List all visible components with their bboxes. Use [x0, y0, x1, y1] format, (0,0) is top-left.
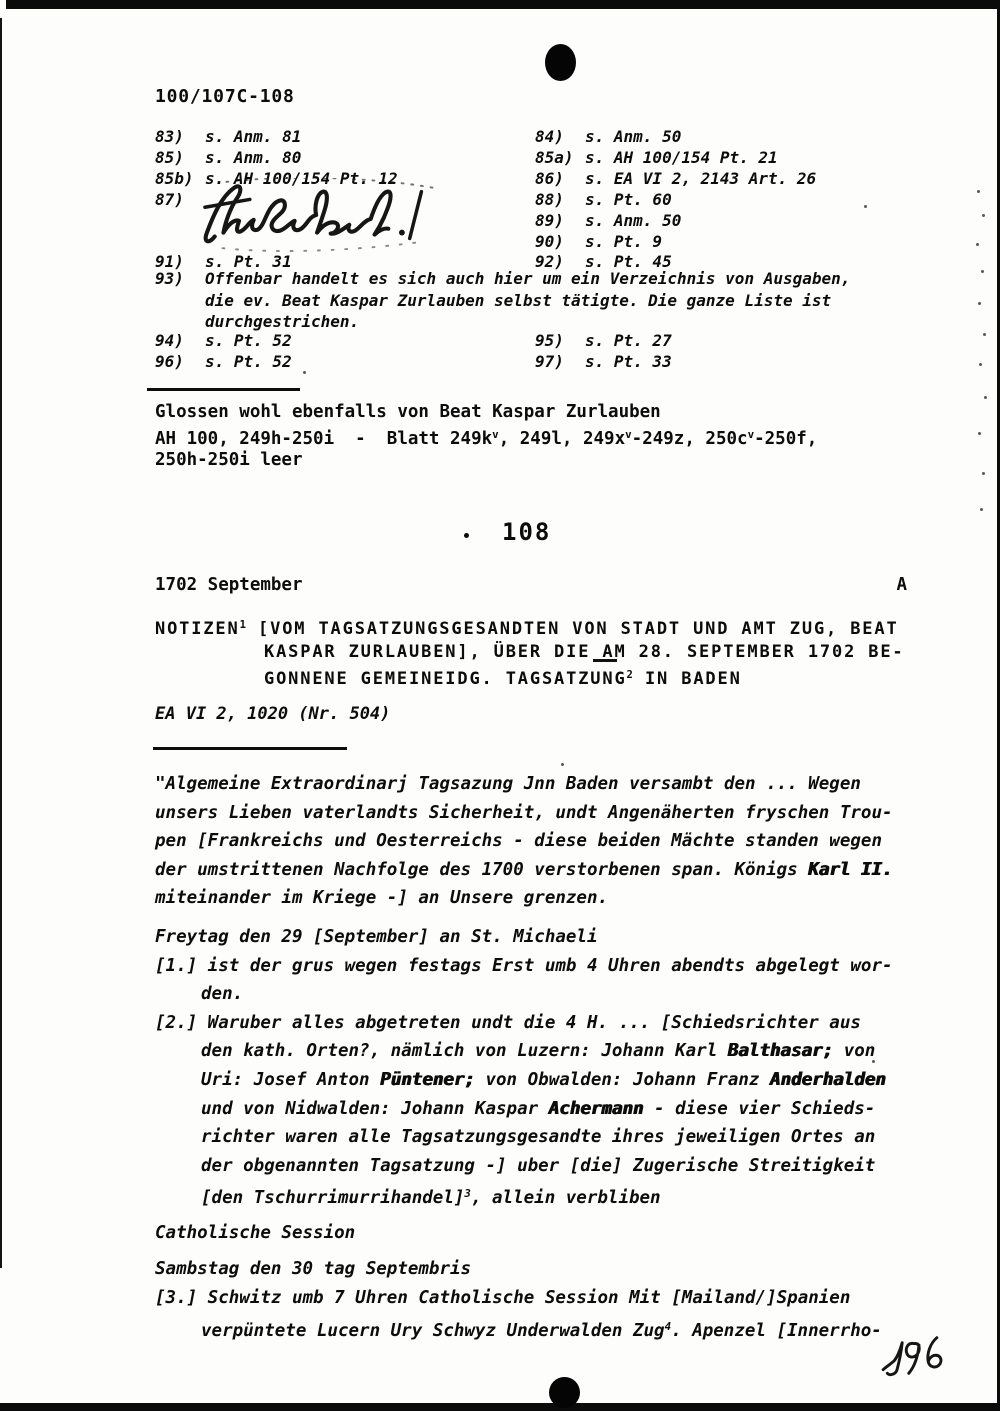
- footnote-number: 90): [535, 231, 564, 252]
- body-line: verpüntete Lucern Ury Schwyz Underwalden…: [155, 1313, 955, 1346]
- divider-rule-short: [147, 388, 300, 391]
- body-line: [2.] Waruber alles abgetreten undt die 4…: [155, 1009, 955, 1038]
- date-line: 1702 September A: [155, 575, 907, 595]
- footnote-row: 85)s. Anm. 80 85a)s. AH 100/154 Pt. 21: [155, 147, 955, 168]
- gloss-line: Glossen wohl ebenfalls von Beat Kaspar Z…: [155, 402, 817, 424]
- footnote-text: s. AH 100/154 Pt. 21: [585, 147, 778, 168]
- body-line: den.: [155, 980, 955, 1009]
- footnote-text-line: Offenbar handelt es sich auch hier um ei…: [155, 268, 955, 290]
- body-line: Catholische Session: [155, 1219, 955, 1248]
- body-line: und von Nidwalden: Johann Kaspar Acherma…: [155, 1095, 955, 1124]
- footnote-number: 85a): [535, 147, 574, 168]
- footnote-text: s. Anm. 50: [585, 126, 681, 147]
- footnote-number: 96): [155, 351, 184, 372]
- title-line: KASPAR ZURLAUBEN], ÜBER DIE AM 28. SEPTE…: [155, 641, 905, 664]
- title-underline-mark: [593, 659, 617, 662]
- body-line: pen [Frankreichs und Oesterreichs - dies…: [155, 827, 955, 856]
- footnote-row: 94)s. Pt. 52 95)s. Pt. 27: [155, 330, 955, 351]
- footnote-text: s. Pt. 52: [205, 330, 292, 351]
- body-line: richter waren alle Tagsatzungsgesandte i…: [155, 1123, 955, 1152]
- footnote-text: s. Pt. 52: [205, 351, 292, 372]
- punch-hole-top: [545, 44, 576, 81]
- body-line: der obgenannten Tagsatzung -] uber [die]…: [155, 1152, 955, 1181]
- footnote-number: 83): [155, 126, 184, 147]
- footnote-93: 93) Offenbar handelt es sich auch hier u…: [155, 268, 955, 333]
- footnote-text: s. Pt. 33: [585, 351, 672, 372]
- footnote-number: 97): [535, 351, 564, 372]
- footnote-row: 96)s. Pt. 52 97)s. Pt. 33: [155, 351, 955, 372]
- footnote-text: s. Pt. 27: [585, 330, 672, 351]
- footnote-text: s. Anm. 80: [205, 147, 301, 168]
- scanned-document-page: 100/107C-108 83)s. Anm. 81 84)s. Anm. 50…: [0, 0, 1000, 1411]
- date-text: 1702 September: [155, 575, 303, 595]
- punch-hole-bottom: [549, 1377, 580, 1408]
- body-line: miteinander im Kriege -] an Unsere grenz…: [155, 884, 955, 913]
- body-line: [1.] ist der grus wegen festags Erst umb…: [155, 952, 955, 981]
- title-line: NOTIZEN1 [VOM TAGSATZUNGSGESANDTEN VON S…: [155, 614, 905, 641]
- scan-border-left: [0, 18, 2, 1268]
- body-line: Uri: Josef Anton Püntener; von Obwalden:…: [155, 1066, 955, 1095]
- body-line: "Algemeine Extraordinarj Tagsazung Jnn B…: [155, 770, 955, 799]
- handwritten-annotation-87: [186, 178, 454, 256]
- footnote-text: s. Pt. 60: [585, 189, 672, 210]
- footnote-row: 83)s. Anm. 81 84)s. Anm. 50: [155, 126, 955, 147]
- body-line: Sambstag den 30 tag Septembris: [155, 1255, 955, 1284]
- footnote-number: 84): [535, 126, 564, 147]
- scan-border-bottom: [0, 1403, 1000, 1411]
- scan-border-top: [6, 0, 1000, 9]
- body-text: "Algemeine Extraordinarj Tagsazung Jnn B…: [155, 770, 955, 1345]
- footnote-number: 86): [535, 168, 564, 189]
- footnote-number: 87): [155, 189, 184, 210]
- footnote-number: 89): [535, 210, 564, 231]
- gloss-line: 250h-250i leer: [155, 450, 817, 472]
- footnote-text: s. Pt. 9: [585, 231, 662, 252]
- gloss-paragraph: Glossen wohl ebenfalls von Beat Kaspar Z…: [155, 402, 817, 471]
- body-line: [3.] Schwitz umb 7 Uhren Catholische Ses…: [155, 1284, 955, 1313]
- footnote-number: 93): [155, 268, 184, 290]
- body-line: Freytag den 29 [September] an St. Michae…: [155, 923, 955, 952]
- archive-code: 100/107C-108: [155, 86, 295, 107]
- footnote-number: 85): [155, 147, 184, 168]
- footnote-number: 88): [535, 189, 564, 210]
- gloss-line: AH 100, 249h-250i - Blatt 249kv, 249l, 2…: [155, 424, 817, 450]
- footnote-text: s. Anm. 50: [585, 210, 681, 231]
- section-dot: [464, 533, 469, 538]
- footnote-number: 94): [155, 330, 184, 351]
- source-reference: EA VI 2, 1020 (Nr. 504): [155, 704, 390, 724]
- footnote-number: 95): [535, 330, 564, 351]
- handwritten-page-number: [878, 1332, 946, 1377]
- body-line: den kath. Orten?, nämlich von Luzern: Jo…: [155, 1037, 955, 1066]
- body-line: [den Tschurrimurrihandel]3, allein verbl…: [155, 1180, 955, 1213]
- title-line: GONNENE GEMEINEIDG. TAGSATZUNG2 IN BADEN: [155, 664, 905, 691]
- divider-rule-long: [153, 747, 347, 750]
- document-title: NOTIZEN1 [VOM TAGSATZUNGSGESANDTEN VON S…: [155, 614, 905, 691]
- document-letter: A: [896, 575, 907, 595]
- footnote-text: s. Anm. 81: [205, 126, 301, 147]
- footnote-text: s. EA VI 2, 2143 Art. 26: [585, 168, 816, 189]
- body-line: der umstrittenen Nachfolge des 1700 vers…: [155, 856, 955, 885]
- body-line: unsers Lieben vaterlandts Sicherheit, un…: [155, 799, 955, 828]
- section-number: 108: [502, 518, 551, 546]
- footnote-text-line: die ev. Beat Kaspar Zurlauben selbst tät…: [155, 290, 955, 312]
